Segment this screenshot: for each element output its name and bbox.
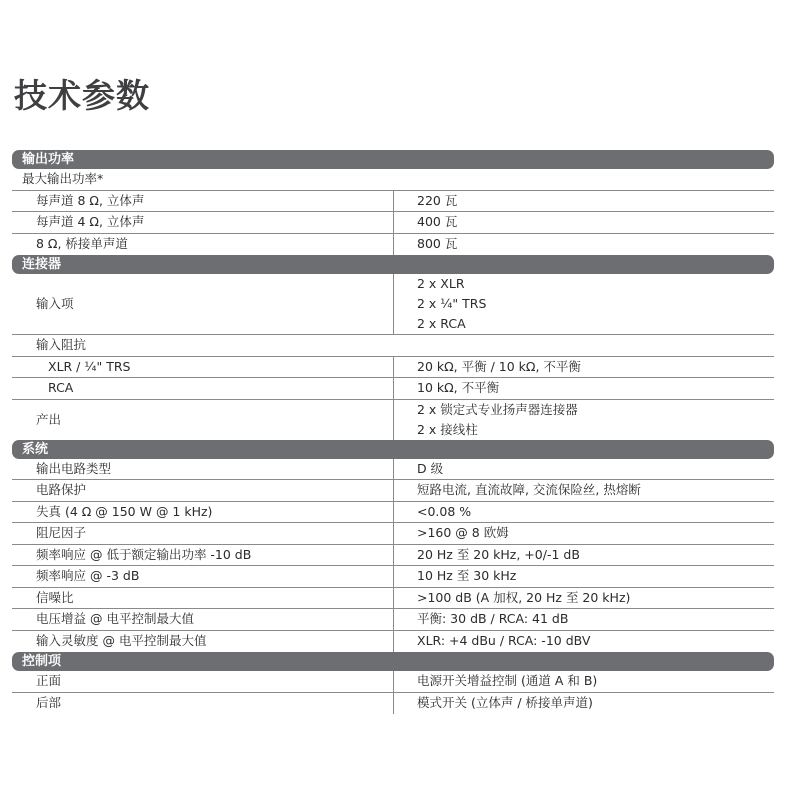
spec-row: 每声道 8 Ω, 立体声220 瓦 bbox=[12, 191, 774, 213]
spec-row: 产出2 x 锁定式专业扬声器连接器2 x 接线柱 bbox=[12, 400, 774, 440]
spec-value: >100 dB (A 加权, 20 Hz 至 20 kHz) bbox=[417, 588, 774, 608]
spec-value: 2 x 接线柱 bbox=[417, 420, 774, 440]
spec-label: 每声道 8 Ω, 立体声 bbox=[12, 191, 393, 212]
spec-value-cell bbox=[393, 169, 774, 190]
spec-value: 电源开关增益控制 (通道 A 和 B) bbox=[417, 671, 774, 691]
spec-label: 产出 bbox=[12, 400, 393, 440]
spec-label: 电压增益 @ 电平控制最大值 bbox=[12, 609, 393, 630]
spec-row: 最大输出功率* bbox=[12, 169, 774, 191]
spec-label: 失真 (4 Ω @ 150 W @ 1 kHz) bbox=[12, 502, 393, 523]
spec-label: 输入灵敏度 @ 电平控制最大值 bbox=[12, 631, 393, 653]
spec-row: 阻尼因子>160 @ 8 欧姆 bbox=[12, 523, 774, 545]
spec-label: 频率响应 @ 低于额定输出功率 -10 dB bbox=[12, 545, 393, 566]
spec-value-cell: 20 Hz 至 20 kHz, +0/-1 dB bbox=[393, 545, 774, 566]
spec-value: 20 Hz 至 20 kHz, +0/-1 dB bbox=[417, 545, 774, 565]
spec-row: 输入阻抗 bbox=[12, 335, 774, 357]
section-header: 输出功率 bbox=[12, 150, 774, 169]
spec-row: 正面电源开关增益控制 (通道 A 和 B) bbox=[12, 671, 774, 693]
spec-row: 电路保护短路电流, 直流故障, 交流保险丝, 热熔断 bbox=[12, 480, 774, 502]
spec-value: 2 x 锁定式专业扬声器连接器 bbox=[417, 400, 774, 420]
spec-value-cell: 800 瓦 bbox=[393, 234, 774, 256]
spec-row: 8 Ω, 桥接单声道800 瓦 bbox=[12, 234, 774, 256]
section-header: 连接器 bbox=[12, 255, 774, 274]
spec-label: 后部 bbox=[12, 693, 393, 715]
spec-label: 每声道 4 Ω, 立体声 bbox=[12, 212, 393, 233]
spec-label: 信噪比 bbox=[12, 588, 393, 609]
spec-label: 输入项 bbox=[12, 274, 393, 334]
spec-row: 频率响应 @ -3 dB10 Hz 至 30 kHz bbox=[12, 566, 774, 588]
spec-row: 失真 (4 Ω @ 150 W @ 1 kHz)<0.08 % bbox=[12, 502, 774, 524]
spec-label: 输入阻抗 bbox=[12, 335, 393, 356]
page-title: 技术参数 bbox=[14, 70, 150, 117]
spec-label: 8 Ω, 桥接单声道 bbox=[12, 234, 393, 256]
spec-row: RCA10 kΩ, 不平衡 bbox=[12, 378, 774, 400]
spec-value: 400 瓦 bbox=[417, 212, 774, 232]
spec-value-cell: XLR: +4 dBu / RCA: -10 dBV bbox=[393, 631, 774, 653]
spec-value-cell: 2 x 锁定式专业扬声器连接器2 x 接线柱 bbox=[393, 400, 774, 440]
spec-value: 220 瓦 bbox=[417, 191, 774, 211]
spec-value-cell: >100 dB (A 加权, 20 Hz 至 20 kHz) bbox=[393, 588, 774, 609]
spec-value-cell: 10 kΩ, 不平衡 bbox=[393, 378, 774, 399]
spec-value-cell: 10 Hz 至 30 kHz bbox=[393, 566, 774, 587]
spec-row: 每声道 4 Ω, 立体声400 瓦 bbox=[12, 212, 774, 234]
spec-value: 800 瓦 bbox=[417, 234, 774, 254]
spec-value-cell: 400 瓦 bbox=[393, 212, 774, 233]
spec-label: 输出电路类型 bbox=[12, 459, 393, 480]
spec-value: 短路电流, 直流故障, 交流保险丝, 热熔断 bbox=[417, 480, 774, 500]
spec-row: 电压增益 @ 电平控制最大值平衡: 30 dB / RCA: 41 dB bbox=[12, 609, 774, 631]
spec-value-cell: 模式开关 (立体声 / 桥接单声道) bbox=[393, 693, 774, 715]
spec-value-cell bbox=[393, 335, 774, 356]
spec-value: 模式开关 (立体声 / 桥接单声道) bbox=[417, 693, 774, 713]
spec-value-cell: 短路电流, 直流故障, 交流保险丝, 热熔断 bbox=[393, 480, 774, 501]
spec-row: 信噪比>100 dB (A 加权, 20 Hz 至 20 kHz) bbox=[12, 588, 774, 610]
spec-value: 10 Hz 至 30 kHz bbox=[417, 566, 774, 586]
section-header: 系统 bbox=[12, 440, 774, 459]
spec-value: XLR: +4 dBu / RCA: -10 dBV bbox=[417, 631, 774, 651]
spec-value-cell: 电源开关增益控制 (通道 A 和 B) bbox=[393, 671, 774, 692]
spec-row: 输入灵敏度 @ 电平控制最大值XLR: +4 dBu / RCA: -10 dB… bbox=[12, 631, 774, 653]
spec-row: XLR / ¼" TRS20 kΩ, 平衡 / 10 kΩ, 不平衡 bbox=[12, 357, 774, 379]
spec-value: D 级 bbox=[417, 459, 774, 479]
spec-value-cell: 2 x XLR2 x ¼" TRS2 x RCA bbox=[393, 274, 774, 334]
spec-row: 频率响应 @ 低于额定输出功率 -10 dB20 Hz 至 20 kHz, +0… bbox=[12, 545, 774, 567]
spec-table: 输出功率最大输出功率*每声道 8 Ω, 立体声220 瓦每声道 4 Ω, 立体声… bbox=[12, 150, 774, 714]
spec-row: 输入项2 x XLR2 x ¼" TRS2 x RCA bbox=[12, 274, 774, 335]
spec-value: 10 kΩ, 不平衡 bbox=[417, 378, 774, 398]
spec-value: >160 @ 8 欧姆 bbox=[417, 523, 774, 543]
spec-label: 频率响应 @ -3 dB bbox=[12, 566, 393, 587]
spec-value: 平衡: 30 dB / RCA: 41 dB bbox=[417, 609, 774, 629]
spec-value-cell: <0.08 % bbox=[393, 502, 774, 523]
spec-value: 2 x RCA bbox=[417, 314, 774, 334]
spec-value: 2 x ¼" TRS bbox=[417, 294, 774, 314]
section-header: 控制项 bbox=[12, 652, 774, 671]
spec-value-cell: 220 瓦 bbox=[393, 191, 774, 212]
spec-row: 后部模式开关 (立体声 / 桥接单声道) bbox=[12, 693, 774, 715]
spec-label: 阻尼因子 bbox=[12, 523, 393, 544]
spec-label: RCA bbox=[12, 378, 393, 399]
spec-label: 电路保护 bbox=[12, 480, 393, 501]
spec-row: 输出电路类型D 级 bbox=[12, 459, 774, 481]
spec-label: XLR / ¼" TRS bbox=[12, 357, 393, 378]
spec-value: 2 x XLR bbox=[417, 274, 774, 294]
spec-value: 20 kΩ, 平衡 / 10 kΩ, 不平衡 bbox=[417, 357, 774, 377]
spec-label: 最大输出功率* bbox=[12, 169, 393, 190]
spec-value: <0.08 % bbox=[417, 502, 774, 522]
spec-value-cell: 20 kΩ, 平衡 / 10 kΩ, 不平衡 bbox=[393, 357, 774, 378]
spec-value-cell: D 级 bbox=[393, 459, 774, 480]
spec-value-cell: 平衡: 30 dB / RCA: 41 dB bbox=[393, 609, 774, 630]
spec-label: 正面 bbox=[12, 671, 393, 692]
spec-value-cell: >160 @ 8 欧姆 bbox=[393, 523, 774, 544]
